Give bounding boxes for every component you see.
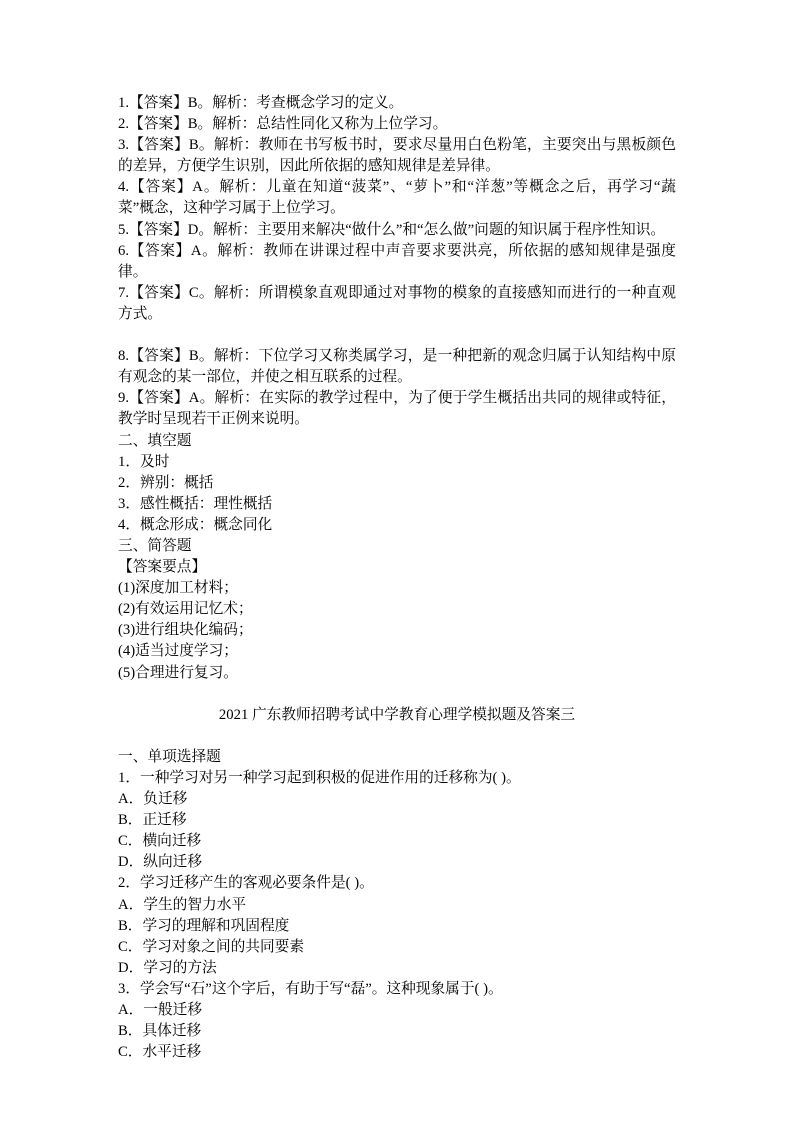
section-heading-short-answer: 三、简答题 — [118, 536, 676, 557]
fill-in-item: 3．感性概括：理性概括 — [118, 494, 676, 515]
option-item: A．学生的智力水平 — [118, 895, 676, 916]
option-item: B．正迁移 — [118, 810, 676, 831]
question-text: 3．学会写“石”这个字后，有助于写“磊”。这种现象属于( )。 — [118, 979, 676, 1000]
answer-item: 1.【答案】B。解析：考查概念学习的定义。 — [118, 93, 676, 114]
answer-points-label: 【答案要点】 — [118, 557, 676, 578]
answer-point: (4)适当过度学习； — [118, 641, 676, 662]
answer-item: 7.【答案】C。解析：所谓模象直观即通过对事物的模象的直接感知而进行的一种直观方… — [118, 283, 676, 325]
answer-point: (5)合理进行复习。 — [118, 663, 676, 684]
answer-item: 5.【答案】D。解析：主要用来解决“做什么”和“怎么做”问题的知识属于程序性知识… — [118, 220, 676, 241]
option-item: C．学习对象之间的共同要素 — [118, 937, 676, 958]
option-item: D．纵向迁移 — [118, 852, 676, 873]
answer-point: (3)进行组块化编码； — [118, 620, 676, 641]
option-item: A．负迁移 — [118, 789, 676, 810]
document-content: 1.【答案】B。解析：考查概念学习的定义。 2.【答案】B。解析：总结性同化又称… — [118, 93, 676, 1063]
option-item: D．学习的方法 — [118, 958, 676, 979]
answer-item: 6.【答案】A。解析：教师在讲课过程中声音要求要洪亮，所依据的感知规律是强度律。 — [118, 241, 676, 283]
fill-in-item: 4．概念形成：概念同化 — [118, 515, 676, 536]
question-text: 1．一种学习对另一种学习起到积极的促进作用的迁移称为( )。 — [118, 768, 676, 789]
blank-line — [118, 726, 676, 747]
option-item: B．具体迁移 — [118, 1021, 676, 1042]
fill-in-item: 1．及时 — [118, 452, 676, 473]
answer-item: 4.【答案】A。解析：儿童在知道“菠菜”、“萝卜”和“洋葱”等概念之后，再学习“… — [118, 177, 676, 219]
option-item: B．学习的理解和巩固程度 — [118, 916, 676, 937]
answer-item: 2.【答案】B。解析：总结性同化又称为上位学习。 — [118, 114, 676, 135]
section-heading-multiple-choice: 一、单项选择题 — [118, 747, 676, 768]
option-item: A．一般迁移 — [118, 1000, 676, 1021]
blank-line — [118, 684, 676, 705]
section-heading-fill-in: 二、填空题 — [118, 431, 676, 452]
answer-item: 3.【答案】B。解析：教师在书写板书时，要求尽量用白色粉笔，主要突出与黑板颜色的… — [118, 135, 676, 177]
fill-in-item: 2．辨别：概括 — [118, 473, 676, 494]
option-item: C．水平迁移 — [118, 1042, 676, 1063]
answer-point: (1)深度加工材料； — [118, 578, 676, 599]
document-page: 1.【答案】B。解析：考查概念学习的定义。 2.【答案】B。解析：总结性同化又称… — [0, 0, 794, 1123]
answer-item: 8.【答案】B。解析：下位学习又称类属学习，是一种把新的观念归属于认知结构中原有… — [118, 346, 676, 388]
answer-point: (2)有效运用记忆术； — [118, 599, 676, 620]
answer-item: 9.【答案】A。解析：在实际的教学过程中，为了便于学生概括出共同的规律或特征，教… — [118, 388, 676, 430]
paper-title: 2021 广东教师招聘考试中学教育心理学模拟题及答案三 — [118, 705, 676, 726]
option-item: C．横向迁移 — [118, 831, 676, 852]
blank-line — [118, 325, 676, 346]
question-text: 2．学习迁移产生的客观必要条件是( )。 — [118, 873, 676, 894]
